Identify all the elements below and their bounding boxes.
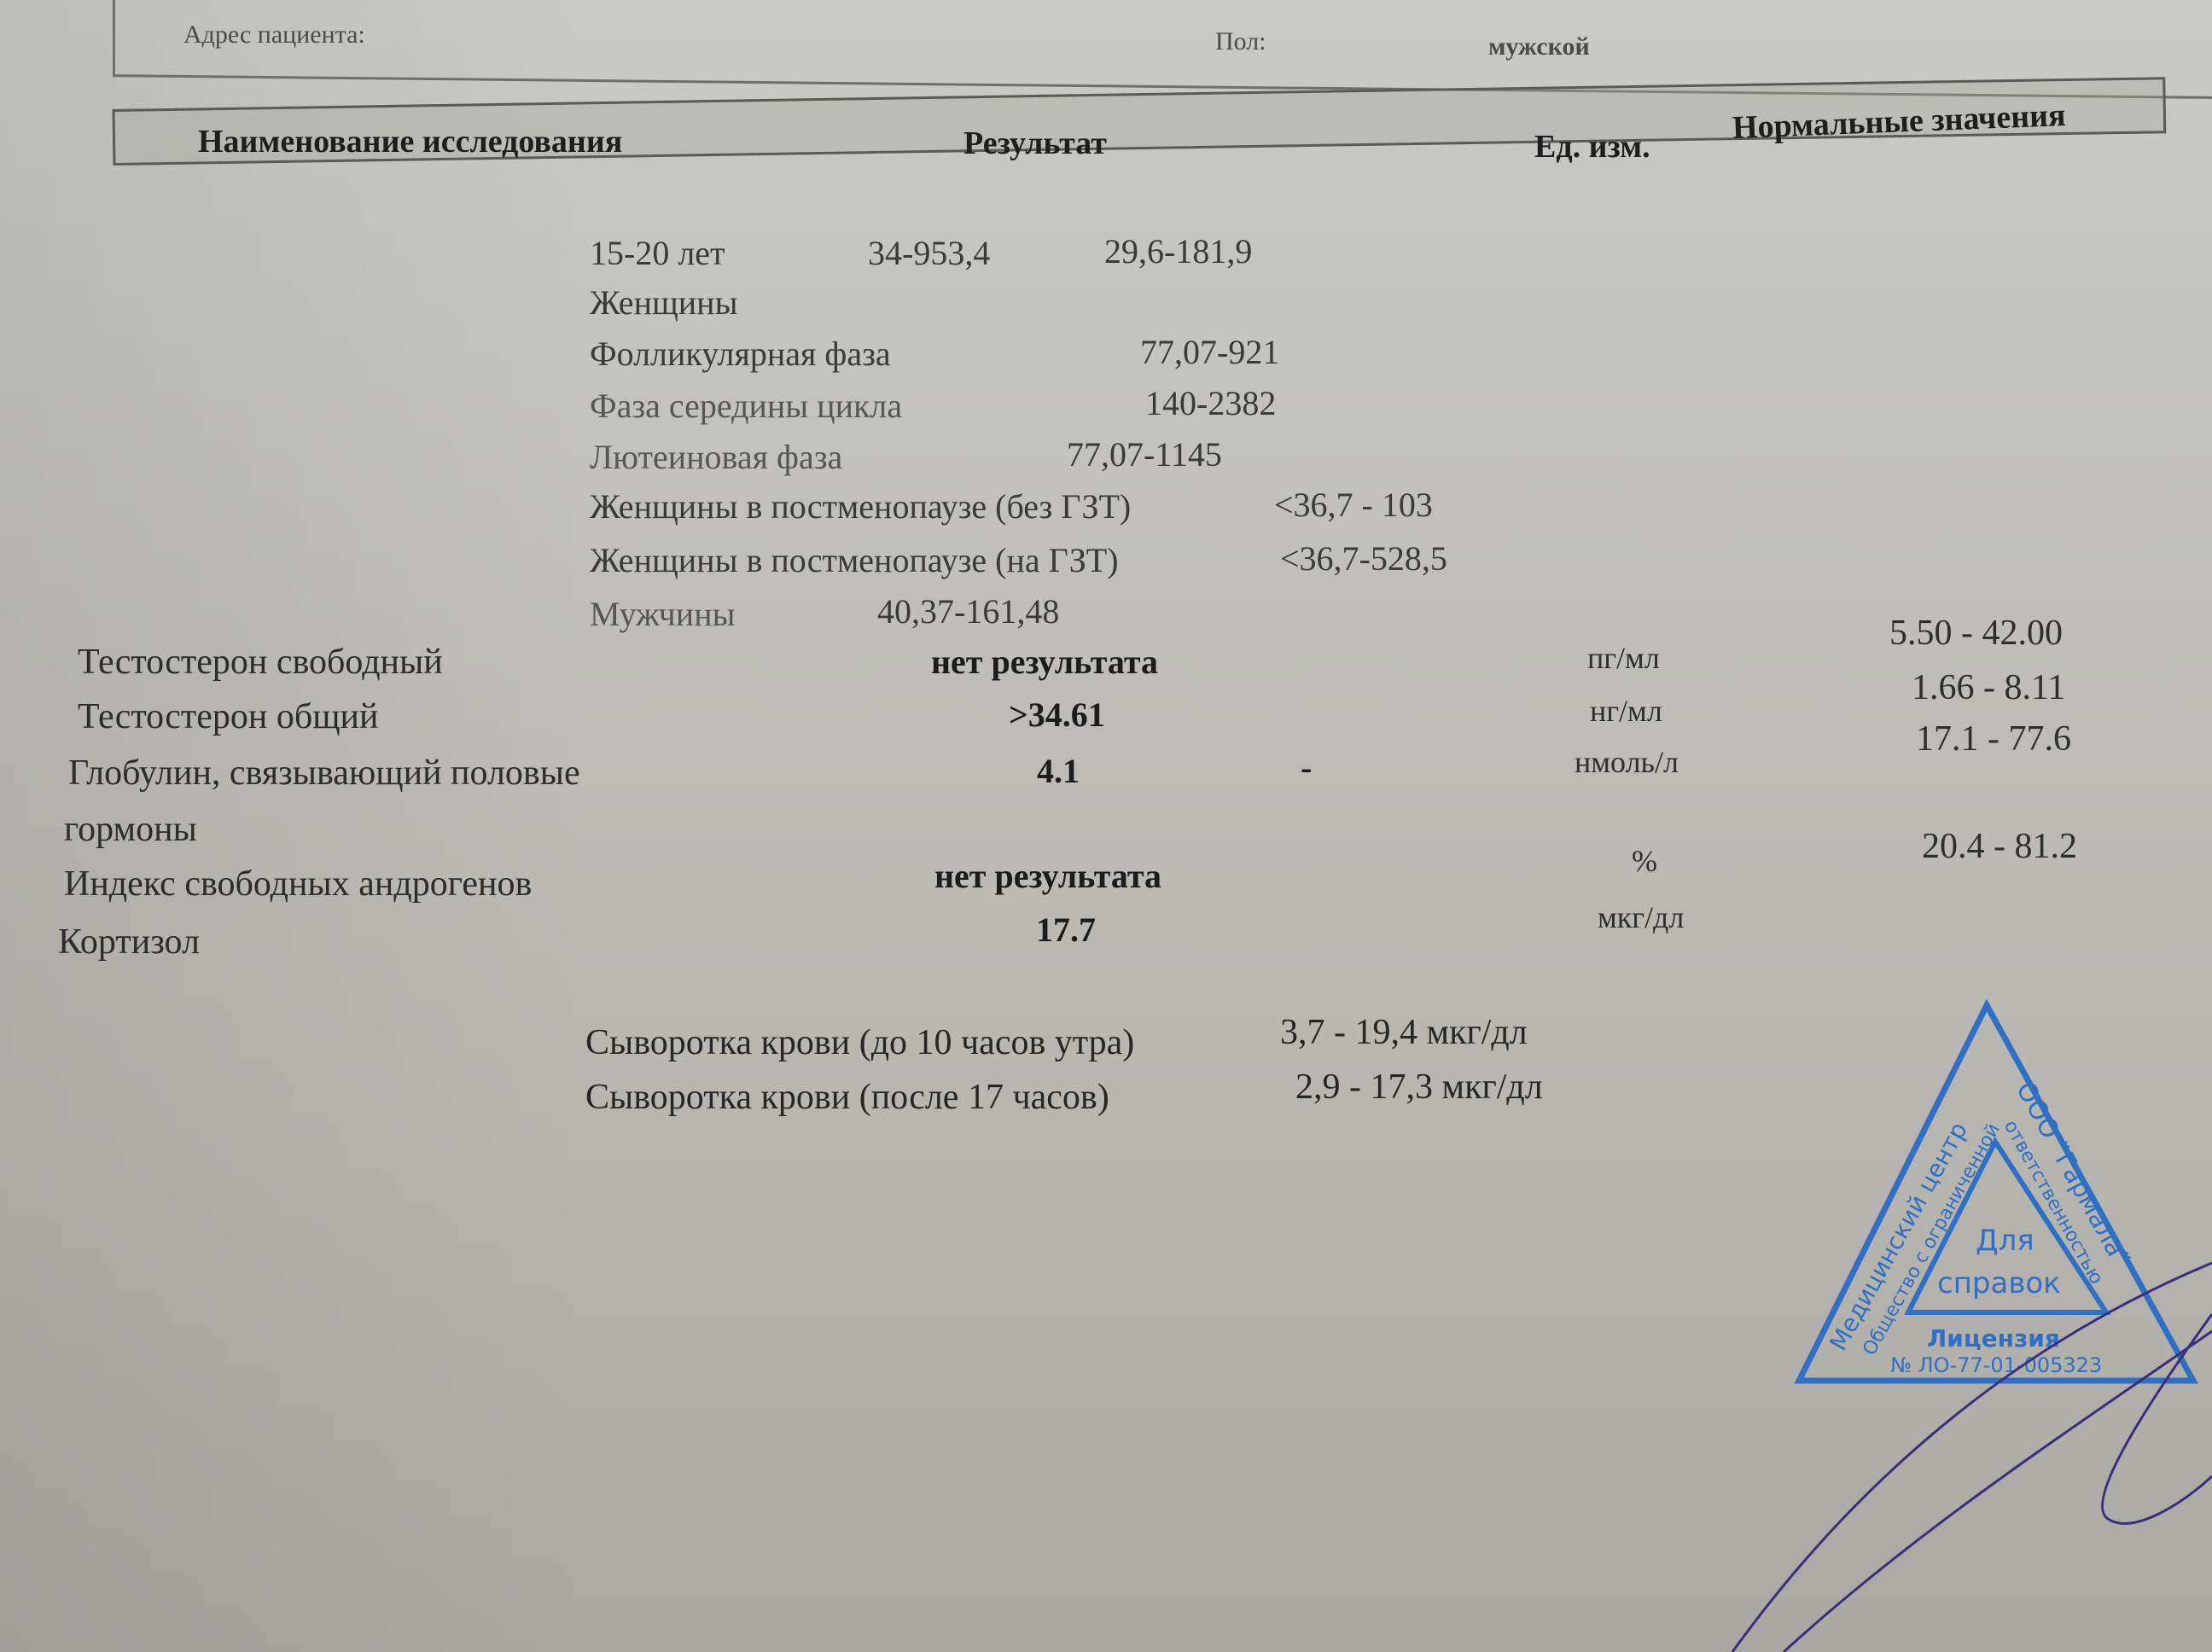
ref-value: 77,07-921 — [1140, 332, 1279, 372]
ref-value: 40,37-161,48 — [877, 591, 1059, 631]
test-name-continued: гормоны — [64, 809, 197, 850]
test-normal-range: 20.4 - 81.2 — [1922, 826, 2077, 867]
clinic-stamp: Медицинский центр Общество с ограниченно… — [1767, 990, 2210, 1391]
ref-label: Женщины в постменопаузе (без ГЗТ) — [590, 486, 1131, 526]
test-unit: мкг/дл — [1598, 899, 1684, 935]
cortisol-note-value: 3,7 - 19,4 мкг/дл — [1280, 1012, 1528, 1053]
ref-label: 15-20 лет — [590, 233, 725, 273]
ref-label: Лютеиновая фаза — [590, 437, 842, 477]
ref-value: 140-2382 — [1145, 383, 1276, 423]
patient-address-label: Адрес пациента: — [183, 20, 365, 49]
test-unit: нмоль/л — [1575, 744, 1679, 780]
ref-value: <36,7-528,5 — [1280, 538, 1447, 579]
stamp-triangle-icon: Медицинский центр Общество с ограниченно… — [1767, 990, 2210, 1391]
test-normal-range: 5.50 - 42.00 — [1889, 613, 2063, 654]
low-flag: - — [1301, 747, 1312, 788]
header-result: Результат — [963, 125, 1107, 162]
test-normal-range: 17.1 - 77.6 — [1916, 718, 2071, 759]
header-unit: Ед. изм. — [1534, 128, 1650, 166]
cortisol-note-label: Сыворотка крови (после 17 часов) — [585, 1077, 1109, 1118]
cortisol-note-label: Сыворотка крови (до 10 часов утра) — [585, 1022, 1134, 1063]
test-unit: пг/мл — [1587, 640, 1660, 676]
patient-sex-label: Пол: — [1215, 27, 1266, 56]
test-normal-range: 1.66 - 8.11 — [1912, 667, 2065, 708]
test-name: Тестостерон свободный — [78, 642, 443, 683]
ref-value: 34-953,4 — [868, 233, 990, 273]
test-name: Тестостерон общий — [78, 696, 379, 737]
cortisol-note-value: 2,9 - 17,3 мкг/дл — [1295, 1067, 1543, 1108]
ref-label: Фолликулярная фаза — [590, 334, 891, 374]
test-name: Индекс свободных андрогенов — [64, 864, 532, 905]
stamp-license-label: Лицензия — [1927, 1324, 2060, 1352]
test-result: 4.1 — [1037, 751, 1080, 791]
ref-value: <36,7 - 103 — [1274, 485, 1433, 525]
ref-value: 77,07-1145 — [1067, 434, 1222, 474]
stamp-license-number: № ЛО-77-01-005323 — [1890, 1353, 2102, 1377]
ref-label: Мужчины — [590, 594, 736, 634]
ref-value: 29,6-181,9 — [1104, 231, 1252, 271]
test-unit: нг/мл — [1590, 693, 1662, 729]
stamp-center-line2: справок — [1937, 1266, 2061, 1300]
test-result: нет результата — [931, 642, 1158, 682]
header-test-name: Наименование исследования — [198, 123, 622, 160]
test-name: Кортизол — [58, 922, 200, 963]
test-unit: % — [1632, 843, 1657, 879]
test-result: нет результата — [934, 856, 1161, 896]
test-result: >34.61 — [1009, 695, 1105, 735]
stamp-center-line1: Для — [1976, 1224, 2034, 1258]
ref-label: Женщины — [590, 282, 737, 323]
patient-sex-value: мужской — [1488, 32, 1590, 61]
test-name: Глобулин, связывающий половые — [68, 753, 580, 794]
ref-label: Фаза середины цикла — [590, 386, 902, 426]
test-result: 17.7 — [1036, 910, 1096, 950]
ref-label: Женщины в постменопаузе (на ГЗТ) — [590, 540, 1119, 580]
